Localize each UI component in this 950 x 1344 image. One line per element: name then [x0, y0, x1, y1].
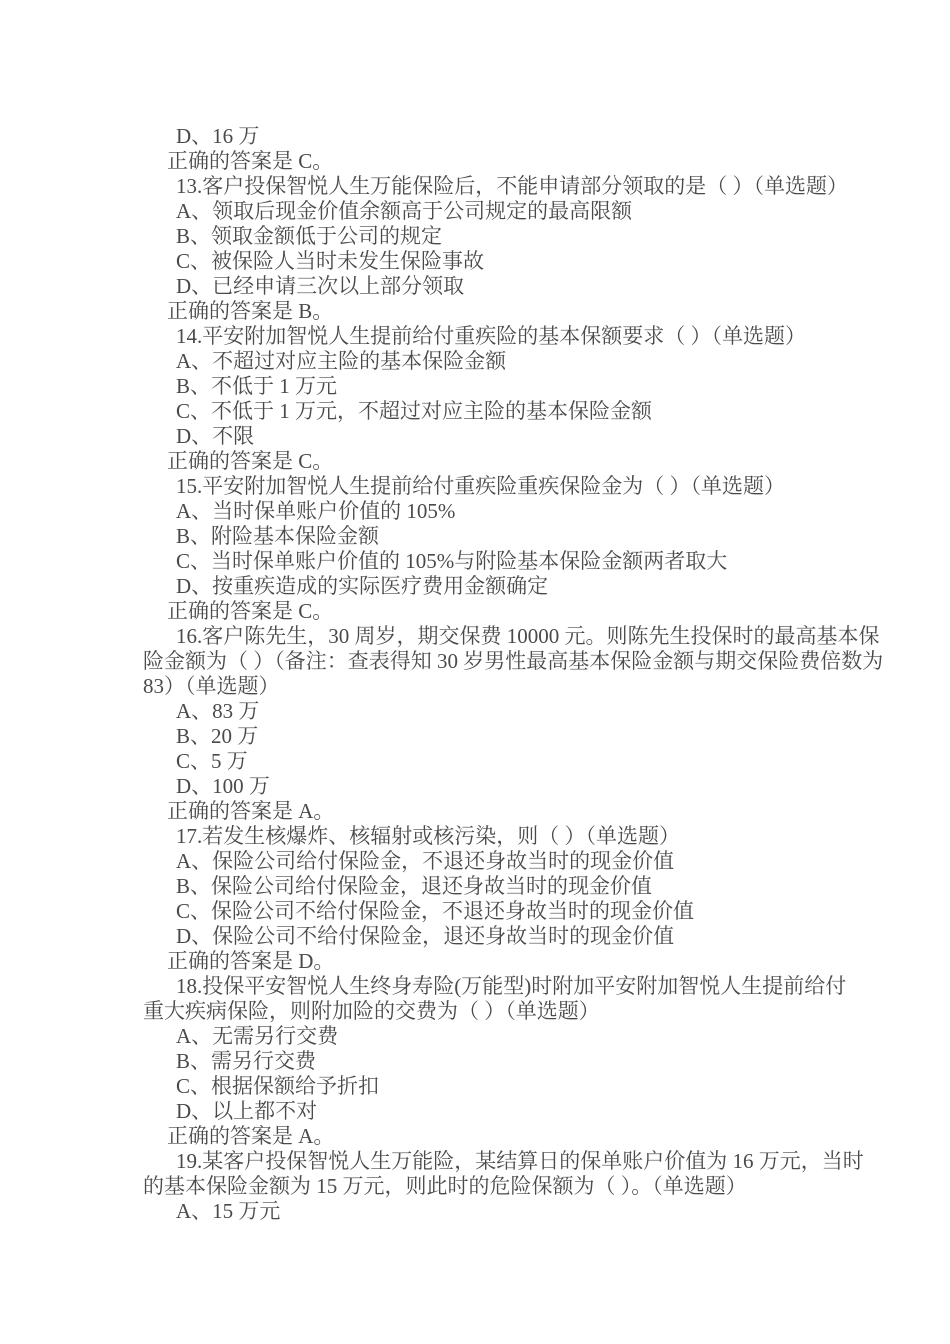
answer-line: 正确的答案是 A。 [143, 799, 819, 824]
answer-line: 正确的答案是 C。 [143, 449, 819, 474]
option-line: C、不低于 1 万元，不超过对应主险的基本保险金额 [143, 399, 819, 424]
option-line: C、5 万 [143, 749, 819, 774]
option-line: C、保险公司不给付保险金，不退还身故当时的现金价值 [143, 899, 819, 924]
option-line: C、根据保额给予折扣 [143, 1074, 819, 1099]
question-stem-line: 15.平安附加智悦人生提前给付重疾险重疾保险金为（ ）（单选题） [143, 474, 819, 499]
option-line: A、不超过对应主险的基本保险金额 [143, 349, 819, 374]
answer-line: 正确的答案是 B。 [143, 299, 819, 324]
answer-line: 正确的答案是 A。 [143, 1124, 819, 1149]
question-stem-line: 18.投保平安智悦人生终身寿险(万能型)时附加平安附加智悦人生提前给付 [143, 974, 819, 999]
question-stem-line: 16.客户陈先生，30 周岁，期交保费 10000 元。则陈先生投保时的最高基本… [143, 624, 819, 649]
option-line: A、83 万 [143, 699, 819, 724]
document-body: D、16 万正确的答案是 C。13.客户投保智悦人生万能保险后，不能申请部分领取… [143, 124, 819, 1224]
question-stem-line: 14.平安附加智悦人生提前给付重疾险的基本保额要求（ ）（单选题） [143, 324, 819, 349]
answer-line: 正确的答案是 D。 [143, 949, 819, 974]
option-line: C、被保险人当时未发生保险事故 [143, 249, 819, 274]
option-line: D、已经申请三次以上部分领取 [143, 274, 819, 299]
option-line: A、15 万元 [143, 1199, 819, 1224]
option-line: B、不低于 1 万元 [143, 374, 819, 399]
option-line: B、附险基本保险金额 [143, 524, 819, 549]
option-line: B、保险公司给付保险金，退还身故当时的现金价值 [143, 874, 819, 899]
option-line: D、16 万 [143, 124, 819, 149]
question-stem-line: 13.客户投保智悦人生万能保险后，不能申请部分领取的是（ ）（单选题） [143, 174, 819, 199]
question-stem-line: 17.若发生核爆炸、核辐射或核污染，则（ ）（单选题） [143, 824, 819, 849]
question-stem-line: 的基本保险金额为 15 万元，则此时的危险保额为（ ）。（单选题） [143, 1174, 819, 1199]
option-line: A、保险公司给付保险金，不退还身故当时的现金价值 [143, 849, 819, 874]
option-line: A、当时保单账户价值的 105% [143, 499, 819, 524]
option-line: D、按重疾造成的实际医疗费用金额确定 [143, 574, 819, 599]
answer-line: 正确的答案是 C。 [143, 599, 819, 624]
option-line: A、无需另行交费 [143, 1024, 819, 1049]
option-line: A、领取后现金价值余额高于公司规定的最高限额 [143, 199, 819, 224]
option-line: D、不限 [143, 424, 819, 449]
question-stem-line: 险金额为（ ）（备注：查表得知 30 岁男性最高基本保险金额与期交保险费倍数为 [143, 649, 819, 674]
option-line: D、保险公司不给付保险金，退还身故当时的现金价值 [143, 924, 819, 949]
option-line: D、以上都不对 [143, 1099, 819, 1124]
option-line: B、领取金额低于公司的规定 [143, 224, 819, 249]
option-line: C、当时保单账户价值的 105%与附险基本保险金额两者取大 [143, 549, 819, 574]
option-line: D、100 万 [143, 774, 819, 799]
option-line: B、需另行交费 [143, 1049, 819, 1074]
option-line: B、20 万 [143, 724, 819, 749]
question-stem-line: 19.某客户投保智悦人生万能险，某结算日的保单账户价值为 16 万元，当时 [143, 1149, 819, 1174]
question-stem-line: 重大疾病保险，则附加险的交费为（ ）（单选题） [143, 999, 819, 1024]
question-stem-line: 83）（单选题） [143, 674, 819, 699]
answer-line: 正确的答案是 C。 [143, 149, 819, 174]
